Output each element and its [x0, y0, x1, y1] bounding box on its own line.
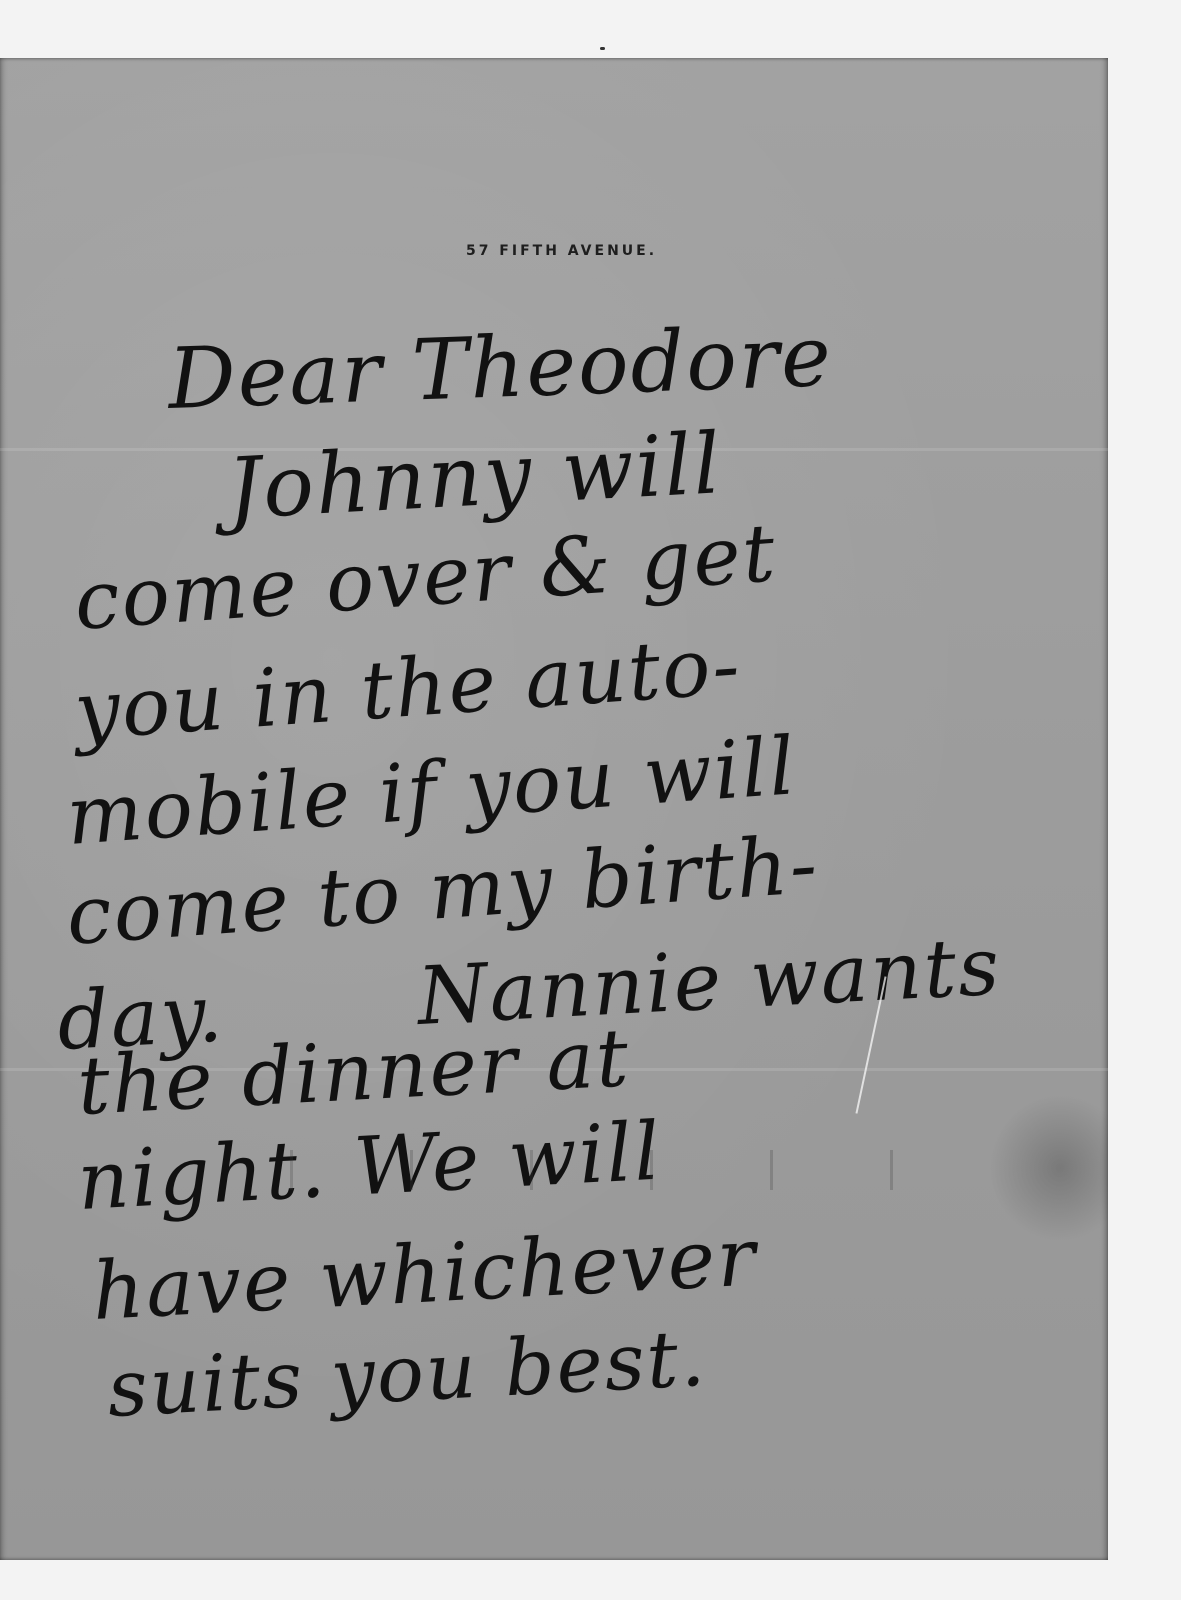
stray-mark — [600, 47, 605, 50]
pencil-marks — [230, 1150, 1010, 1190]
letterhead-text: 57 FIFTH AVENUE. — [466, 243, 657, 259]
letterhead-address: 57 FIFTH AVENUE. — [0, 243, 1181, 259]
